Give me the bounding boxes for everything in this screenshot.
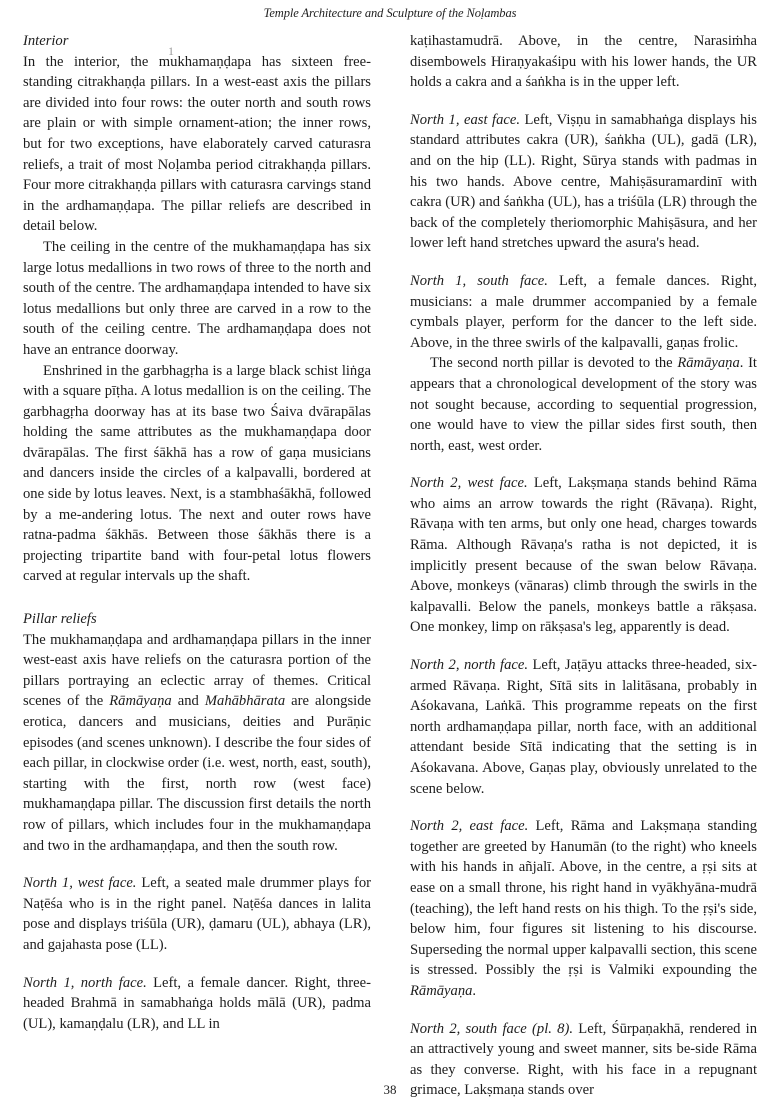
run-in-heading: North 2, east face. [410, 818, 528, 834]
paragraph-ceiling: The ceiling in the centre of the mukhama… [23, 237, 371, 361]
section-heading-pillar-reliefs: Pillar reliefs [23, 609, 371, 630]
run-in-heading: North 1, east face. [410, 112, 520, 128]
text-run: are alongside erotica, dancers and music… [23, 693, 371, 853]
text-run: Left, Jaṭāyu attacks three-headed, six-a… [410, 657, 757, 797]
paragraph-garbhagrha: Enshrined in the garbhagṛha is a large b… [23, 361, 371, 588]
paragraph-north1-south-face: North 1, south face. Left, a female danc… [410, 271, 757, 353]
text-run: Left, Viṣṇu in samabhaṅga displays his s… [410, 112, 757, 252]
text-run: Left, Rāma and Lakṣmaṇa standing togethe… [410, 818, 757, 978]
run-in-heading: North 1, north face. [23, 975, 147, 991]
paragraph-north1-north-face-cont: kaṭihastamudrā. Above, in the centre, Na… [410, 31, 757, 93]
right-column: kaṭihastamudrā. Above, in the centre, Na… [410, 31, 757, 1101]
page-number: 38 [0, 1082, 780, 1098]
run-in-heading: North 2, south face (pl. 8). [410, 1021, 573, 1037]
left-column: Interior In the interior, the mukhamaṇḍa… [23, 31, 371, 1034]
run-in-heading: North 2, west face. [410, 475, 528, 491]
paragraph-north1-north-face: North 1, north face. Left, a female danc… [23, 973, 371, 1035]
text-run: Left, Lakṣmaṇa stands behind Rāma who ai… [410, 475, 757, 635]
paragraph-north2-east-face: North 2, east face. Left, Rāma and Lakṣm… [410, 816, 757, 1001]
text-run: The second north pillar is devoted to th… [430, 355, 677, 371]
paragraph-north1-east-face: North 1, east face. Left, Viṣṇu in samab… [410, 110, 757, 254]
paragraph-north2-north-face: North 2, north face. Left, Jaṭāyu attack… [410, 655, 757, 799]
paragraph-interior-pillars: In the interior, the mukhamaṇḍapa has si… [23, 52, 371, 237]
title-mahabharata: Mahābhārata [205, 693, 285, 709]
title-ramayana: Rāmāyaṇa [677, 355, 739, 371]
running-head: Temple Architecture and Sculpture of the… [0, 6, 780, 21]
paragraph-north1-west-face: North 1, west face. Left, a seated male … [23, 873, 371, 955]
title-ramayana: Rāmāyaṇa [109, 693, 171, 709]
run-in-heading: North 1, south face. [410, 273, 548, 289]
run-in-heading: North 2, north face. [410, 657, 528, 673]
run-in-heading: North 1, west face. [23, 875, 136, 891]
text-run: and [172, 693, 205, 709]
paragraph-pillar-reliefs-intro: The mukhamaṇḍapa and ardhamaṇḍapa pillar… [23, 630, 371, 857]
section-heading-interior: Interior [23, 31, 371, 52]
text-run: . [472, 983, 476, 999]
paragraph-north2-west-face: North 2, west face. Left, Lakṣmaṇa stand… [410, 473, 757, 638]
paragraph-second-north-pillar: The second north pillar is devoted to th… [410, 353, 757, 456]
title-ramayana: Rāmāyaṇa [410, 983, 472, 999]
